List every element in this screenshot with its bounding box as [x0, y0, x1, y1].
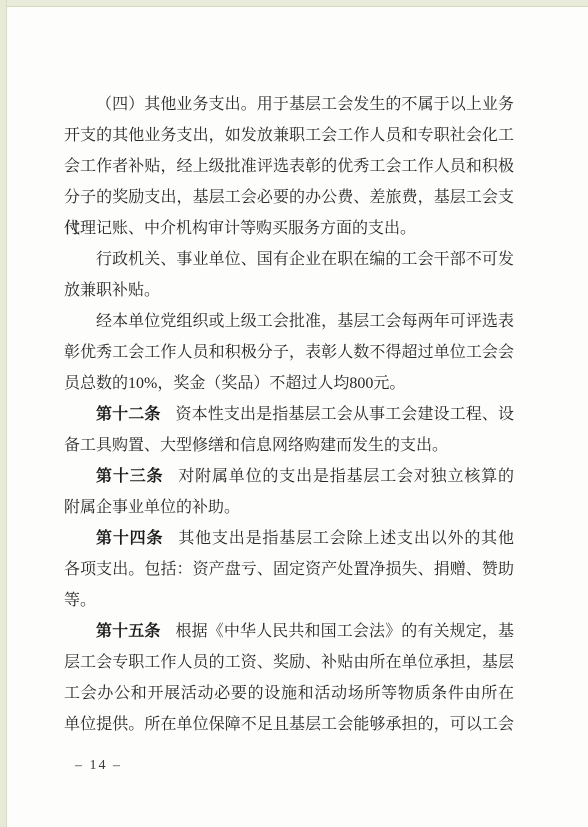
- line-text: 工会办公和开展活动必要的设施和活动场所等物质条件由所在: [64, 685, 514, 702]
- text-line: 附属企事业单位的补助。: [64, 492, 514, 523]
- line-text: 根据《中华人民共和国工会法》的有关规定，基: [176, 623, 514, 640]
- line-text: 行政机关、事业单位、国有企业在职在编的工会干部不可发: [96, 251, 514, 268]
- text-line-article-13: 第十三条对附属单位的支出是指基层工会对独立核算的: [64, 461, 514, 492]
- text-line: 放兼职补贴。: [64, 275, 514, 306]
- line-text: 彰优秀工会工作人员和积极分子，表彰人数不得超过单位工会会: [64, 344, 514, 361]
- text-line: 各项支出。包括：资产盘亏、固定资产处置净损失、捐赠、赞助: [64, 554, 514, 585]
- line-text: 放兼职补贴。: [64, 282, 160, 299]
- text-line: 开支的其他业务支出，如发放兼职工会工作人员和专职社会化工: [64, 120, 514, 151]
- scan-edge-left: [0, 0, 7, 827]
- line-text: 备工具购置、大型修缮和信息网络购建而发生的支出。: [64, 437, 448, 454]
- page-number: – 14 –: [75, 756, 122, 776]
- line-text: 代理记账、中介机构审计等购买服务方面的支出。: [64, 220, 416, 237]
- text-line: 行政机关、事业单位、国有企业在职在编的工会干部不可发: [64, 244, 514, 275]
- line-text: 等。: [64, 592, 96, 609]
- line-text: 对附属单位的支出是指基层工会对独立核算的: [178, 468, 514, 485]
- text-line: 等。: [64, 585, 514, 616]
- document-body: （四）其他业务支出。用于基层工会发生的不属于以上业务 开支的其他业务支出，如发放…: [64, 89, 514, 740]
- line-text: 员总数的10%，奖金（奖品）不超过人均800元。: [64, 375, 405, 392]
- line-text: 层工会专职工作人员的工资、奖励、补贴由所在单位承担，基层: [64, 654, 514, 671]
- article-number-label: 第十五条: [96, 623, 161, 640]
- text-line-article-15: 第十五条根据《中华人民共和国工会法》的有关规定，基: [64, 616, 514, 647]
- text-line: 员总数的10%，奖金（奖品）不超过人均800元。: [64, 368, 514, 399]
- article-number-label: 第十二条: [96, 406, 161, 423]
- line-text: 资本性支出是指基层工会从事工会建设工程、设: [176, 406, 514, 423]
- text-line: 会工作者补贴，经上级批准评选表彰的优秀工会工作人员和积极: [64, 151, 514, 182]
- line-text: 开支的其他业务支出，如发放兼职工会工作人员和专职社会化工: [64, 127, 514, 144]
- line-text: 会工作者补贴，经上级批准评选表彰的优秀工会工作人员和积极: [64, 158, 514, 175]
- text-line-article-14: 第十四条其他支出是指基层工会除上述支出以外的其他: [64, 523, 514, 554]
- text-line-article-12: 第十二条资本性支出是指基层工会从事工会建设工程、设: [64, 399, 514, 430]
- scan-edge-top: [0, 0, 588, 7]
- text-line: 工会办公和开展活动必要的设施和活动场所等物质条件由所在: [64, 678, 514, 709]
- text-line: 备工具购置、大型修缮和信息网络购建而发生的支出。: [64, 430, 514, 461]
- text-line: 彰优秀工会工作人员和积极分子，表彰人数不得超过单位工会会: [64, 337, 514, 368]
- line-text: 各项支出。包括：资产盘亏、固定资产处置净损失、捐赠、赞助: [64, 561, 514, 578]
- text-line: 层工会专职工作人员的工资、奖励、补贴由所在单位承担，基层: [64, 647, 514, 678]
- line-text: 其他支出是指基层工会除上述支出以外的其他: [178, 530, 514, 547]
- article-number-label: 第十四条: [96, 530, 163, 547]
- text-line: 代理记账、中介机构审计等购买服务方面的支出。: [64, 213, 514, 244]
- line-text: （四）其他业务支出。用于基层工会发生的不属于以上业务: [96, 96, 514, 113]
- text-line: 经本单位党组织或上级工会批准，基层工会每两年可评选表: [64, 306, 514, 337]
- article-number-label: 第十三条: [96, 468, 163, 485]
- line-text: 附属企事业单位的补助。: [64, 499, 240, 516]
- line-text: 单位提供。所在单位保障不足且基层工会能够承担的，可以工会: [64, 716, 514, 733]
- text-line: （四）其他业务支出。用于基层工会发生的不属于以上业务: [64, 89, 514, 120]
- line-text: 经本单位党组织或上级工会批准，基层工会每两年可评选表: [96, 313, 514, 330]
- text-line: 分子的奖励支出，基层工会必要的办公费、差旅费，基层工会支付: [64, 182, 514, 213]
- text-line: 单位提供。所在单位保障不足且基层工会能够承担的，可以工会: [64, 709, 514, 740]
